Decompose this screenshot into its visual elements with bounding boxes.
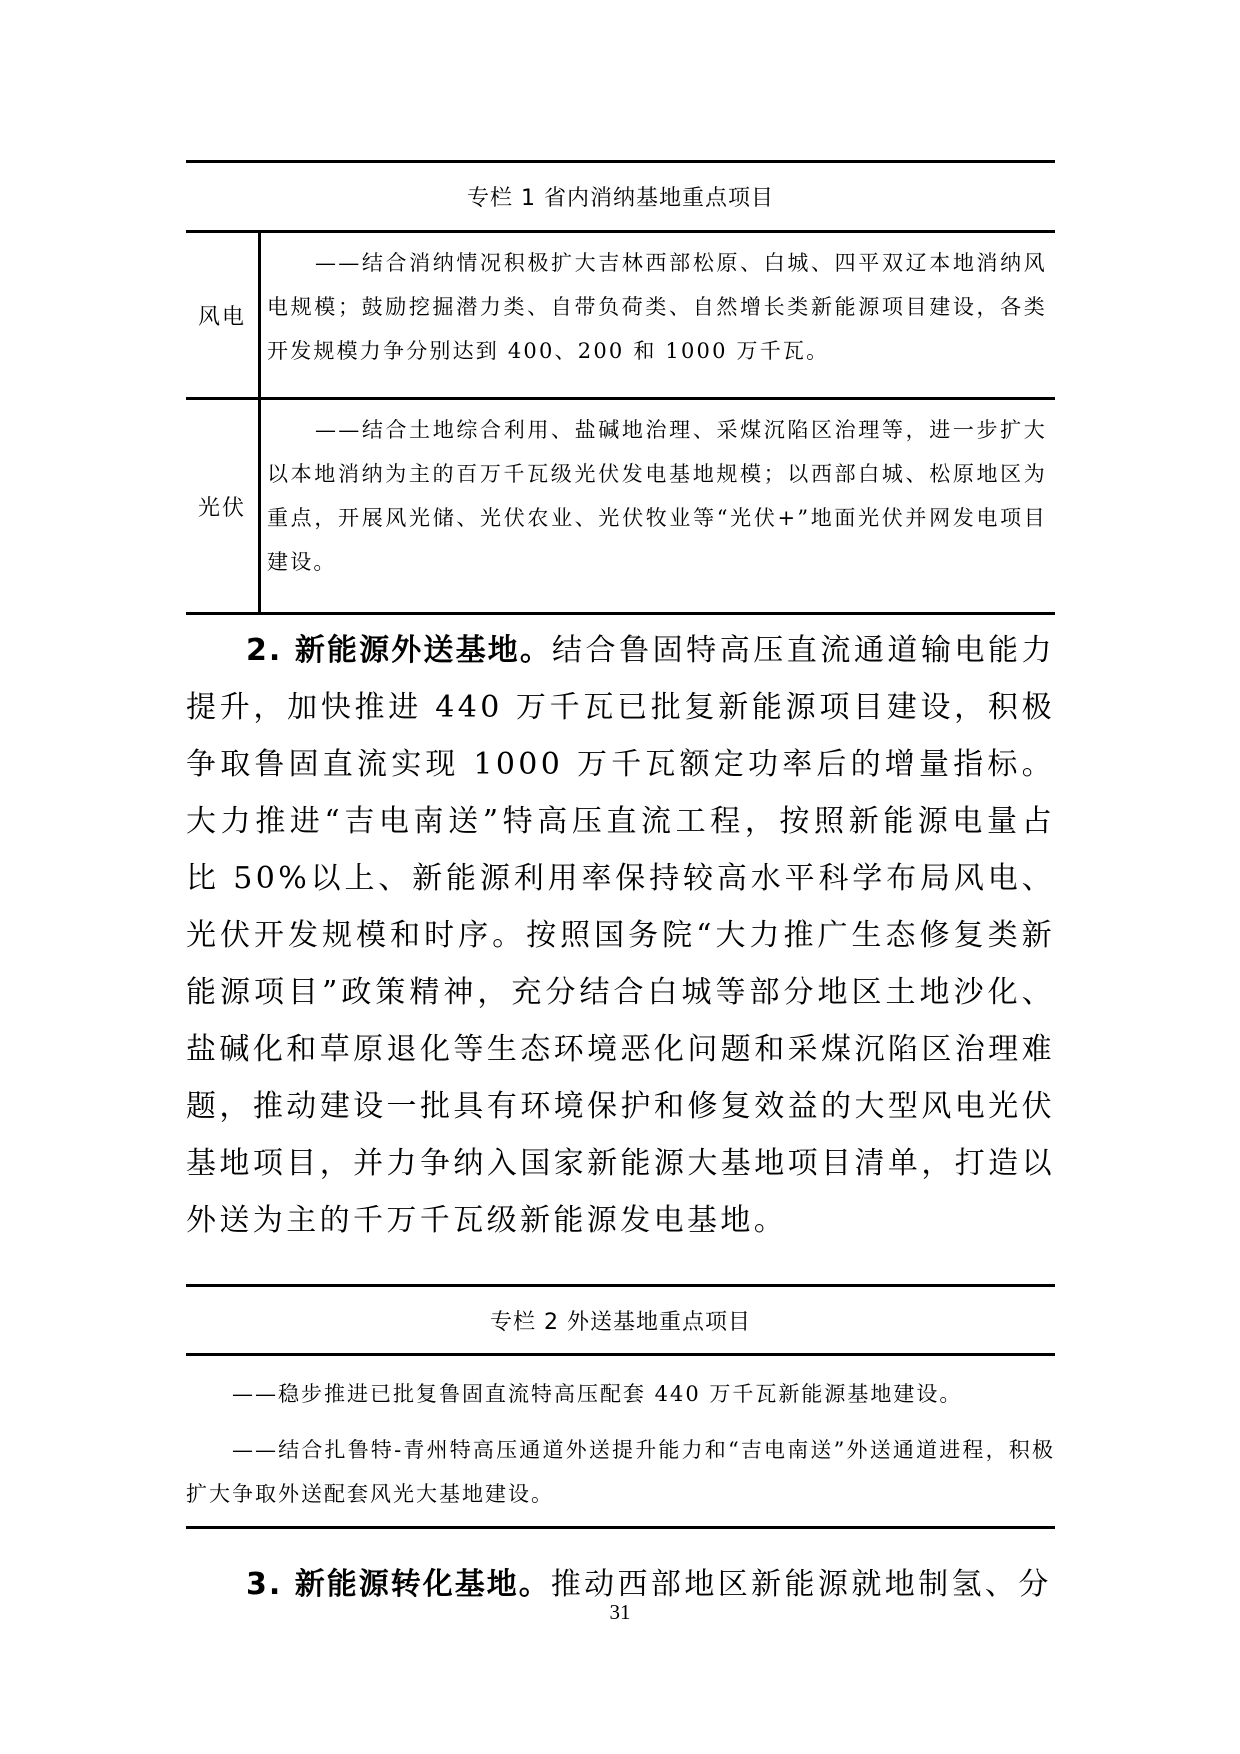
row-body-wind: ——结合消纳情况积极扩大吉林西部松原、白城、四平双辽本地消纳风电规模；鼓励挖掘潜… — [261, 233, 1055, 397]
document-page: 专栏 1 省内消纳基地重点项目 风电 ——结合消纳情况积极扩大吉林西部松原、白城… — [0, 0, 1240, 1754]
box1-row-wind: 风电 ——结合消纳情况积极扩大吉林西部松原、白城、四平双辽本地消纳风电规模；鼓励… — [186, 233, 1055, 400]
box2-header: 专栏 2 外送基地重点项目 — [186, 1284, 1055, 1356]
box1-title: 专栏 1 省内消纳基地重点项目 — [467, 181, 774, 212]
box1-header: 专栏 1 省内消纳基地重点项目 — [186, 160, 1055, 233]
box2-title: 专栏 2 外送基地重点项目 — [490, 1305, 751, 1336]
row-body-pv: ——结合土地综合利用、盐碱地治理、采煤沉陷区治理等，进一步扩大以本地消纳为主的百… — [261, 400, 1055, 612]
page-number: 31 — [0, 1600, 1240, 1625]
feature-box-2: 专栏 2 外送基地重点项目 ——稳步推进已批复鲁固直流特高压配套 440 万千瓦… — [186, 1284, 1055, 1529]
section-2-paragraph: 2. 新能源外送基地。结合鲁固特高压直流通道输电能力提升，加快推进 440 万千… — [186, 622, 1055, 1249]
feature-box-1: 专栏 1 省内消纳基地重点项目 风电 ——结合消纳情况积极扩大吉林西部松原、白城… — [186, 160, 1055, 615]
section-2-text: 结合鲁固特高压直流通道输电能力提升，加快推进 440 万千瓦已批复新能源项目建设… — [186, 633, 1055, 1238]
box2-item: ——稳步推进已批复鲁固直流特高压配套 440 万千瓦新能源基地建设。 — [186, 1372, 1055, 1416]
box2-item: ——结合扎鲁特-青州特高压通道外送提升能力和“吉电南送”外送通道进程，积极扩大争… — [186, 1428, 1055, 1516]
section-3-text: 推动西部地区新能源就地制氢、分 — [551, 1567, 1052, 1602]
section-3-heading: 3. 新能源转化基地。 — [246, 1567, 551, 1602]
section-2-heading: 2. 新能源外送基地。 — [246, 633, 552, 668]
row-label-pv: 光伏 — [186, 400, 261, 612]
box1-row-pv: 光伏 ——结合土地综合利用、盐碱地治理、采煤沉陷区治理等，进一步扩大以本地消纳为… — [186, 400, 1055, 615]
row-label-wind: 风电 — [186, 233, 261, 397]
box2-body: ——稳步推进已批复鲁固直流特高压配套 440 万千瓦新能源基地建设。 ——结合扎… — [186, 1356, 1055, 1526]
